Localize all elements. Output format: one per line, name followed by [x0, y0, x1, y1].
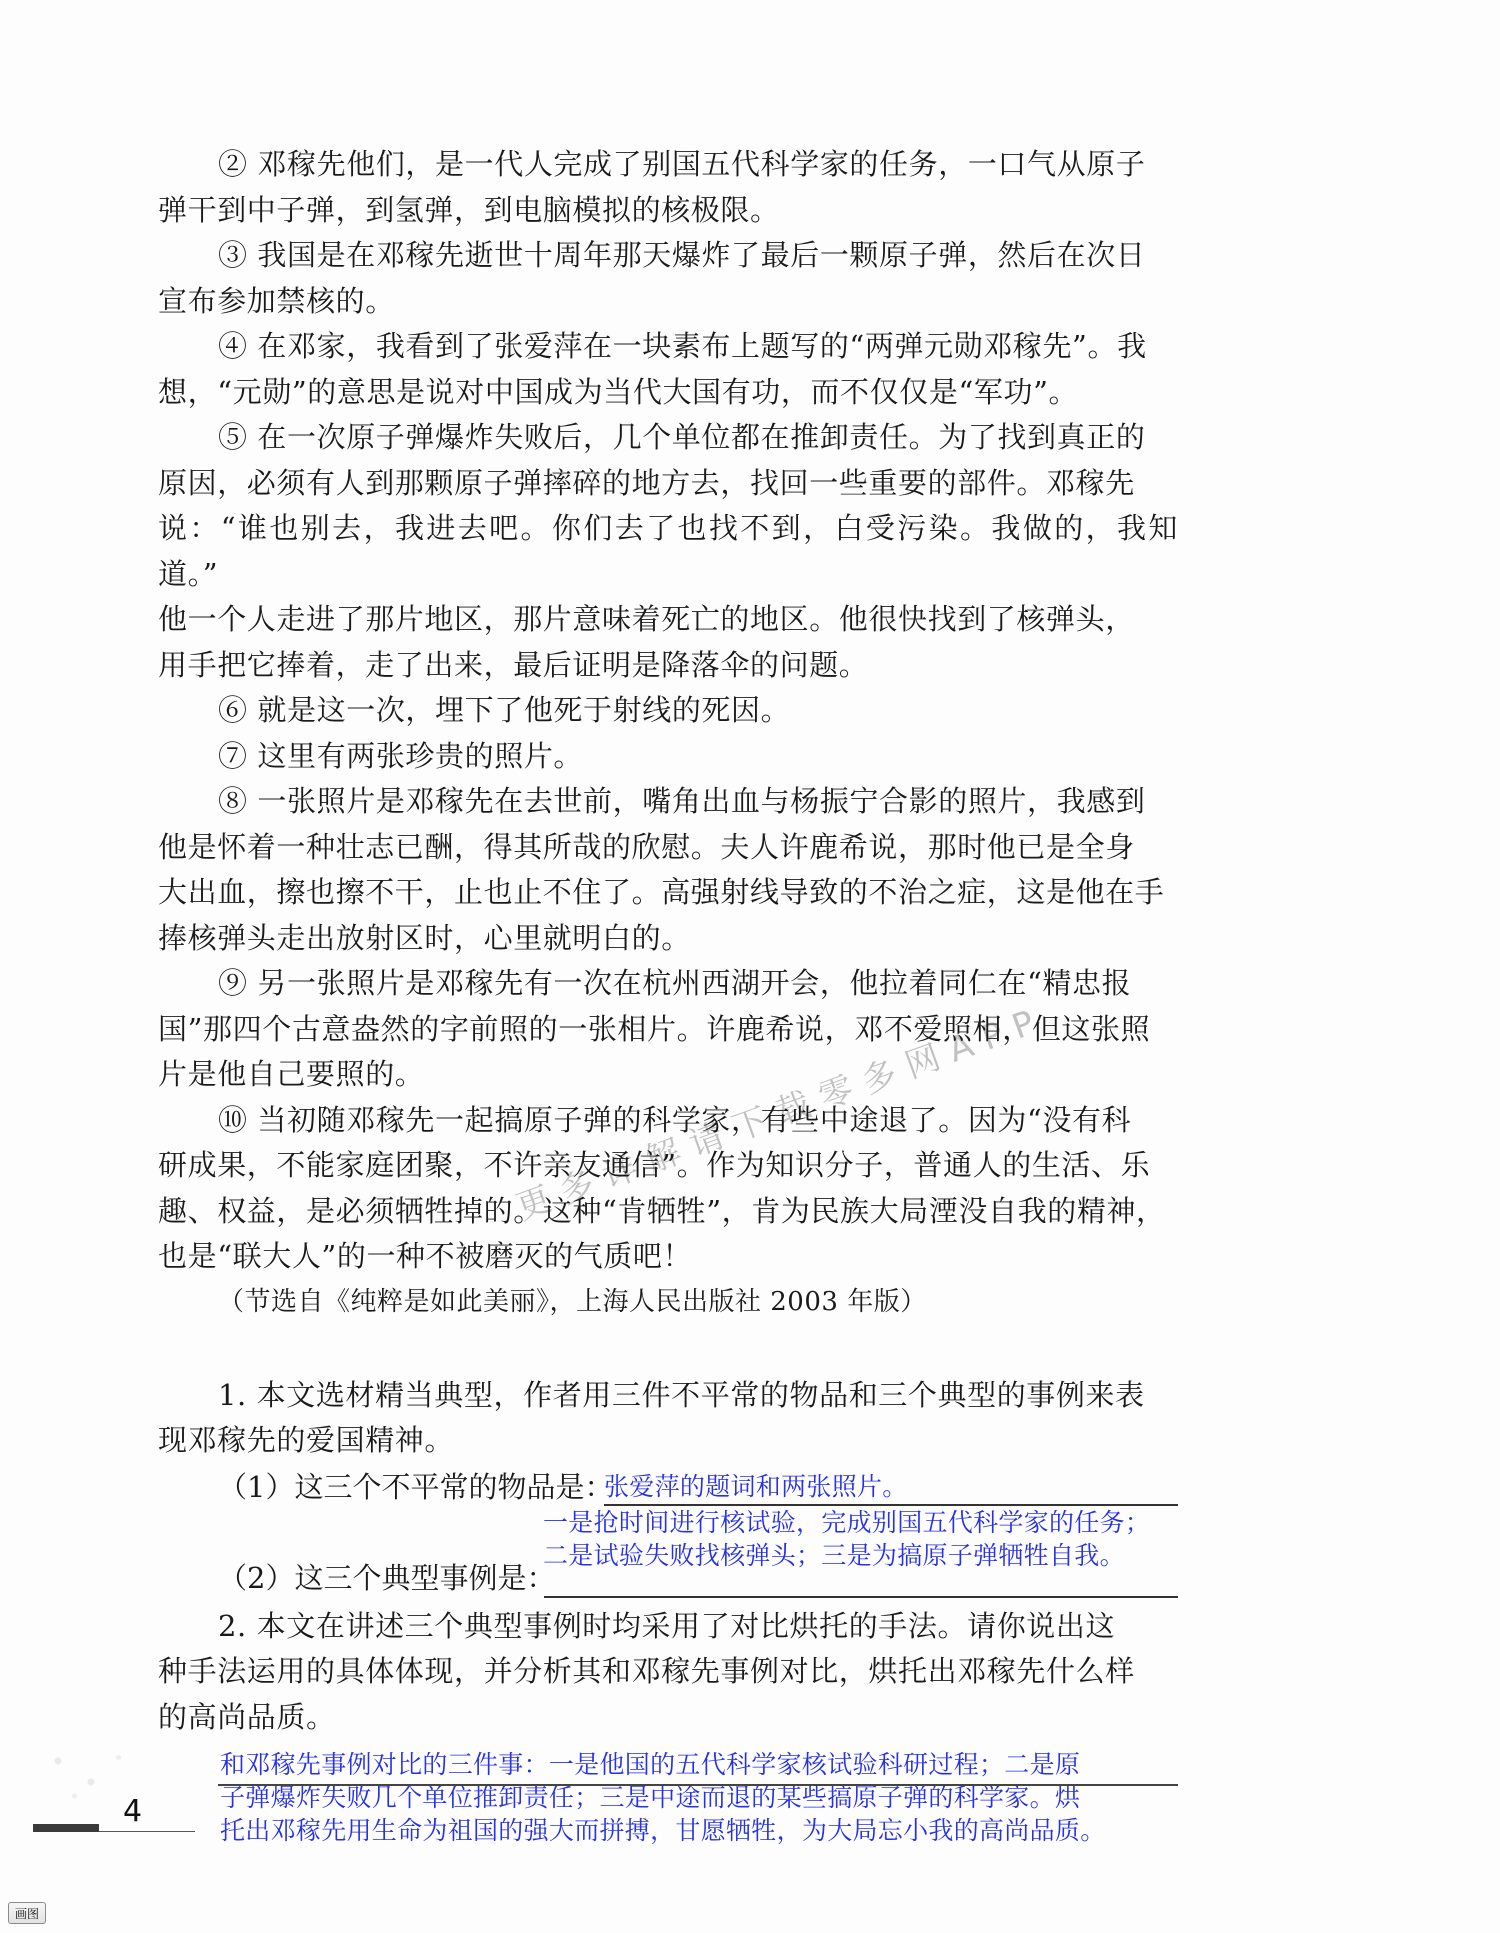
paragraph-line: ⑩ 当初随邓稼先一起搞原子弹的科学家，有些中途退了。因为“没有科 [218, 1103, 1131, 1137]
answer-line-text: 和邓稼先事例对比的三件事：一是他国的五代科学家核试验科研过程；二是原 [220, 1748, 1200, 1781]
question-line: 现邓稼先的爱国精神。 [158, 1423, 454, 1457]
paragraph-line: 片是他自己要照的。 [158, 1057, 424, 1091]
answer-blank-line [544, 1596, 1178, 1598]
question-1-sub-1: （1）这三个不平常的物品是： 张爱萍的题词和两张照片。 [158, 1464, 1178, 1510]
paragraph-6: ⑥ 就是这一次，埋下了他死于射线的死因。 [158, 688, 1178, 734]
page-content: ② 邓稼先他们，是一代人完成了别国五代科学家的任务，一口气从原子 弹干到中子弹，… [158, 142, 1178, 1847]
paragraph-line: ⑦ 这里有两张珍贵的照片。 [218, 739, 583, 773]
question-1: 1. 本文选材精当典型，作者用三件不平常的物品和三个典型的事例来表 现邓稼先的爱… [158, 1373, 1178, 1600]
page-number: 4 [123, 1794, 142, 1829]
paragraph-line: ⑤ 在一次原子弹爆炸失败后，几个单位都在推卸责任。为了找到真正的 [218, 420, 1145, 454]
question-2: 2. 本文在讲述三个典型事例时均采用了对比烘托的手法。请你说出这 种手法运用的具… [158, 1604, 1178, 1848]
paragraph-8: ⑧ 一张照片是邓稼先在去世前，嘴角出血与杨振宁合影的照片，我感到 他是怀着一种壮… [158, 779, 1178, 961]
question-2-prompt: 2. 本文在讲述三个典型事例时均采用了对比烘托的手法。请你说出这 种手法运用的具… [158, 1604, 1178, 1741]
paragraph-5: ⑤ 在一次原子弹爆炸失败后，几个单位都在推卸责任。为了找到真正的 原因，必须有人… [158, 415, 1178, 688]
paragraph-7: ⑦ 这里有两张珍贵的照片。 [158, 734, 1178, 780]
paragraph-line: 他是怀着一种壮志已酬，得其所哉的欣慰。夫人许鹿希说，那时他已是全身 [158, 830, 1135, 864]
footer-rule [99, 1831, 195, 1832]
passage: ② 邓稼先他们，是一代人完成了别国五代科学家的任务，一口气从原子 弹干到中子弹，… [158, 142, 1178, 1325]
sub-question-label: （2）这三个典型事例是： [218, 1558, 555, 1598]
paragraph-line: 用手把它捧着，走了出来，最后证明是降落伞的问题。 [158, 648, 868, 682]
paragraph-line: ⑧ 一张照片是邓稼先在去世前，嘴角出血与杨振宁合影的照片，我感到 [218, 784, 1145, 818]
paragraph-line: ④ 在邓家，我看到了张爱萍在一块素布上题写的“两弹元勋邓稼先”。我 [218, 329, 1147, 363]
paragraph-line: 弹干到中子弹，到氢弹，到电脑模拟的核极限。 [158, 193, 780, 227]
paragraph-line: 也是“联大人”的一种不被磨灭的气质吧！ [158, 1239, 692, 1273]
paragraph-4: ④ 在邓家，我看到了张爱萍在一块素布上题写的“两弹元勋邓稼先”。我 想，“元勋”… [158, 324, 1178, 415]
paragraph-line: 想，“元勋”的意思是说对中国成为当代大国有功，而不仅仅是“军功”。 [158, 375, 1078, 409]
answer-text: 一是抢时间进行核试验，完成别国五代科学家的任务； 二是试验失败找核弹头；三是为搞… [543, 1506, 1150, 1572]
paragraph-3: ③ 我国是在邓稼先逝世十周年那天爆炸了最后一颗原子弹，然后在次日 宣布参加禁核的… [158, 233, 1178, 324]
question-1-sub-2: 一是抢时间进行核试验，完成别国五代科学家的任务； 二是试验失败找核弹头；三是为搞… [158, 1510, 1178, 1600]
question-line: 的高尚品质。 [158, 1700, 336, 1734]
paragraph-line: 说：“谁也别去，我进去吧。你们去了也找不到，白受污染。我做的，我知道。” [158, 511, 1178, 591]
answer-blank-line [218, 1784, 1178, 1786]
question-1-prompt: 1. 本文选材精当典型，作者用三件不平常的物品和三个典型的事例来表 现邓稼先的爱… [158, 1373, 1178, 1464]
footer-decorative-bar [33, 1824, 99, 1832]
source-citation: （节选自《纯粹是如此美丽》，上海人民出版社 2003 年版） [158, 1280, 1178, 1325]
answer-line-text: 托出邓稼先用生命为祖国的强大而拼搏，甘愿牺牲，为大局忘小我的高尚品质。 [220, 1814, 1200, 1847]
paragraph-line: ③ 我国是在邓稼先逝世十周年那天爆炸了最后一颗原子弹，然后在次日 [218, 238, 1145, 272]
paragraph-line: ⑥ 就是这一次，埋下了他死于射线的死因。 [218, 693, 790, 727]
paragraph-line: 宣布参加禁核的。 [158, 284, 395, 318]
paragraph-9: ⑨ 另一张照片是邓稼先有一次在杭州西湖开会，他拉着同仁在“精忠报 国”那四个古意… [158, 961, 1178, 1098]
paragraph-line: 他一个人走进了那片地区，那片意味着死亡的地区。他很快找到了核弹头， [158, 602, 1135, 636]
question-2-answer: 和邓稼先事例对比的三件事：一是他国的五代科学家核试验科研过程；二是原 子弹爆炸失… [158, 1748, 1200, 1847]
paragraph-line: 原因，必须有人到那颗原子弹摔碎的地方去，找回一些重要的部件。邓稼先 [158, 466, 1135, 500]
paragraph-line: 国”那四个古意盎然的字前照的一张相片。许鹿希说，邓不爱照相，但这张照 [158, 1012, 1150, 1046]
paragraph-line: 捧核弹头走出放射区时，心里就明白的。 [158, 921, 691, 955]
paragraph-line: ⑨ 另一张照片是邓稼先有一次在杭州西湖开会，他拉着同仁在“精忠报 [218, 966, 1131, 1000]
scanned-page: 更多详解请下载零多网APP ② 邓稼先他们，是一代人完成了别国五代科学家的任务，… [0, 0, 1500, 1933]
sub-question-label: （1）这三个不平常的物品是： [218, 1470, 613, 1504]
paragraph-line: 趣、权益，是必须牺牲掉的。这种“肯牺牲”，肯为民族大局湮没自我的精神， [158, 1194, 1166, 1228]
question-line: 1. 本文选材精当典型，作者用三件不平常的物品和三个典型的事例来表 [218, 1378, 1145, 1412]
answer-line-text: 二是试验失败找核弹头；三是为搞原子弹牺牲自我。 [543, 1539, 1150, 1572]
question-line: 2. 本文在讲述三个典型事例时均采用了对比烘托的手法。请你说出这 [218, 1609, 1115, 1643]
paragraph-line: ② 邓稼先他们，是一代人完成了别国五代科学家的任务，一口气从原子 [218, 147, 1145, 181]
spacer [158, 1325, 1178, 1373]
paragraph-10: ⑩ 当初随邓稼先一起搞原子弹的科学家，有些中途退了。因为“没有科 研成果，不能家… [158, 1098, 1178, 1280]
paragraph-2: ② 邓稼先他们，是一代人完成了别国五代科学家的任务，一口气从原子 弹干到中子弹，… [158, 142, 1178, 233]
draw-button[interactable]: 画图 [8, 1902, 46, 1924]
answer-line-text: 一是抢时间进行核试验，完成别国五代科学家的任务； [543, 1506, 1150, 1539]
page-footer: 4 [33, 1800, 163, 1840]
paragraph-line: 大出血，擦也擦不干，止也止不住了。高强射线导致的不治之症，这是他在手 [158, 875, 1164, 909]
question-line: 种手法运用的具体体现，并分析其和邓稼先事例对比，烘托出邓稼先什么样 [158, 1654, 1135, 1688]
paragraph-line: 研成果，不能家庭团聚，不许亲友通信”。作为知识分子，普通人的生活、乐 [158, 1148, 1150, 1182]
